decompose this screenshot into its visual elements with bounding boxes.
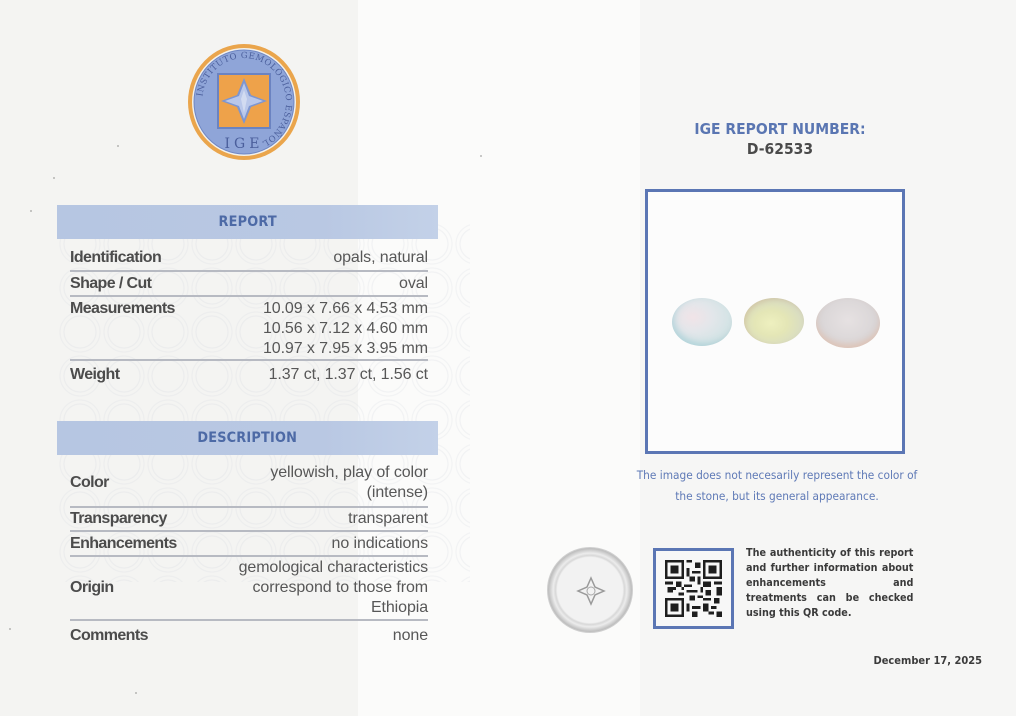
description-section-header: DESCRIPTION — [57, 421, 438, 455]
measurement-line: 10.97 x 7.95 x 3.95 mm — [263, 339, 428, 359]
opal-stone-image — [672, 298, 732, 346]
row-value: oval — [399, 274, 428, 294]
value-line: Ethiopia — [239, 598, 428, 618]
opal-stone-image — [816, 298, 880, 348]
table-row: Measurements 10.09 x 7.66 x 4.53 mm 10.5… — [70, 297, 428, 361]
row-value: no indications — [332, 534, 428, 554]
ige-logo-icon: INSTITUTO GEMOLÓGICO ESPAÑOL IGE — [187, 43, 301, 161]
paper-speck — [53, 177, 55, 179]
authenticity-note: The authenticity of this report and furt… — [746, 546, 913, 621]
row-value: opals, natural — [333, 248, 428, 268]
report-table: Identification opals, natural Shape / Cu… — [70, 246, 428, 389]
table-row: Identification opals, natural — [70, 246, 428, 272]
value-line: yellowish, play of color — [270, 463, 428, 483]
description-section-title: DESCRIPTION — [198, 430, 298, 446]
row-label: Transparency — [70, 509, 167, 529]
paper-speck — [135, 692, 137, 694]
embossed-seal-icon — [547, 547, 633, 633]
value-line: correspond to those from — [239, 578, 428, 598]
table-row: Weight 1.37 ct, 1.37 ct, 1.56 ct — [70, 361, 428, 389]
value-line: (intense) — [270, 483, 428, 503]
row-value: gemological characteristics correspond t… — [239, 558, 428, 618]
report-section-header: REPORT — [57, 205, 438, 239]
table-row: Origin gemological characteristics corre… — [70, 557, 428, 621]
row-value: 10.09 x 7.66 x 4.53 mm 10.56 x 7.12 x 4.… — [263, 299, 428, 359]
report-number: D-62533 — [650, 140, 910, 158]
row-label: Enhancements — [70, 534, 177, 554]
row-value: 1.37 ct, 1.37 ct, 1.56 ct — [269, 365, 428, 385]
table-row: Transparency transparent — [70, 508, 428, 532]
value-line: gemological characteristics — [239, 558, 428, 578]
report-section-title: REPORT — [218, 214, 276, 230]
paper-speck — [9, 628, 11, 630]
measurement-line: 10.56 x 7.12 x 4.60 mm — [263, 319, 428, 339]
row-value: none — [393, 626, 428, 646]
paper-speck — [117, 145, 119, 147]
paper-speck — [30, 210, 32, 212]
row-label: Shape / Cut — [70, 274, 151, 294]
paper-speck — [480, 155, 482, 157]
row-label: Weight — [70, 365, 119, 385]
row-label: Origin — [70, 578, 114, 598]
table-row: Shape / Cut oval — [70, 272, 428, 297]
row-label: Identification — [70, 248, 161, 268]
row-label: Comments — [70, 626, 148, 646]
svg-text:IGE: IGE — [225, 136, 264, 152]
description-table: Color yellowish, play of color (intense)… — [70, 460, 428, 651]
table-row: Comments none — [70, 621, 428, 651]
row-label: Color — [70, 473, 109, 493]
qr-code-icon[interactable] — [653, 548, 734, 629]
measurement-line: 10.09 x 7.66 x 4.53 mm — [263, 299, 428, 319]
report-number-label: IGE REPORT NUMBER: — [650, 120, 910, 138]
photo-disclaimer: The image does not necesarily represent … — [627, 465, 927, 507]
opal-stone-image — [744, 298, 804, 344]
report-date: December 17, 2025 — [872, 654, 982, 667]
row-value: yellowish, play of color (intense) — [270, 463, 428, 503]
row-value: transparent — [348, 509, 428, 529]
table-row: Color yellowish, play of color (intense) — [70, 460, 428, 508]
disclaimer-line: the stone, but its general appearance. — [627, 486, 927, 507]
disclaimer-line: The image does not necesarily represent … — [627, 465, 927, 486]
table-row: Enhancements no indications — [70, 532, 428, 557]
row-label: Measurements — [70, 299, 175, 319]
stone-photo — [645, 189, 905, 454]
